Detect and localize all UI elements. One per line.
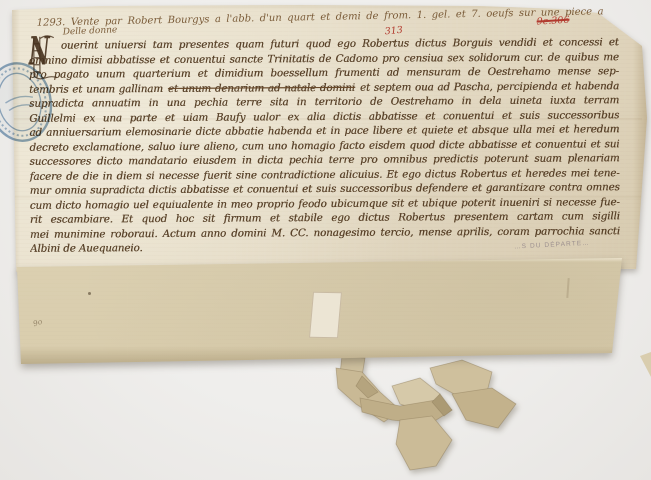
plica-surface bbox=[0, 0, 651, 480]
plica-texture bbox=[0, 0, 651, 480]
seal-tag-slit-patch bbox=[309, 292, 342, 338]
ink-fleck bbox=[88, 292, 91, 295]
plica-fold bbox=[0, 0, 651, 480]
manuscript-scan: 1293. Vente par Robert Bourgys a l'abb. … bbox=[0, 0, 651, 480]
plica-top-edge-highlight bbox=[15, 258, 625, 262]
plica-bottom-edge-shadow bbox=[15, 346, 625, 364]
